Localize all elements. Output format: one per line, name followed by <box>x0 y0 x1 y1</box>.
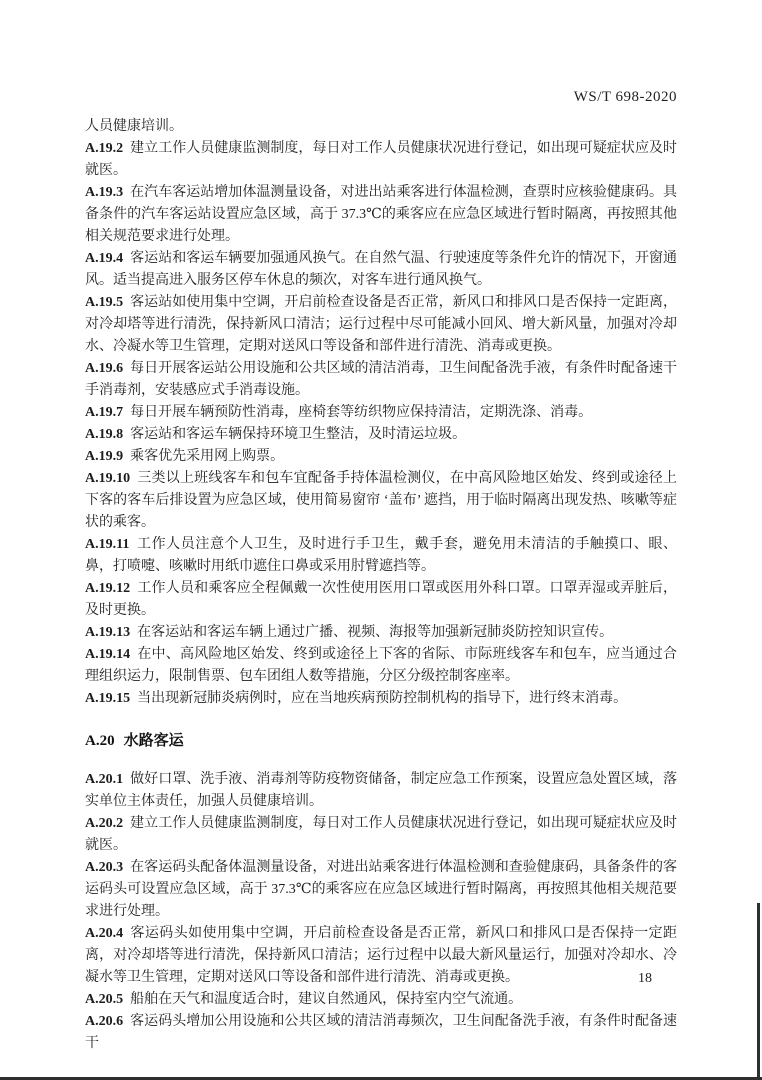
clause-number: A.19.12 <box>85 581 130 596</box>
paragraph: A.19.4客运站和客运车辆要加强通风换气。在自然气温、行驶速度等条件允许的情况… <box>85 248 677 292</box>
section-number: A.20 <box>85 733 115 749</box>
clause-text: 做好口罩、洗手液、消毒剂等防疫物资储备，制定应急工作预案，设置应急处置区域，落实… <box>85 772 677 809</box>
clause-number: A.20.2 <box>85 816 123 831</box>
paragraph: A.19.2建立工作人员健康监测制度，每日对工作人员健康状况进行登记，如出现可疑… <box>85 138 677 182</box>
clause-number: A.19.2 <box>85 141 123 156</box>
paragraph: A.19.10三类以上班线客车和包车宜配备手持体温检测仪，在中高风险地区始发、终… <box>85 468 677 534</box>
clause-number: A.19.13 <box>85 625 130 640</box>
document-body: 人员健康培训。 A.19.2建立工作人员健康监测制度，每日对工作人员健康状况进行… <box>85 116 677 1055</box>
paragraph: A.20.6客运码头增加公用设施和公共区域的清洁消毒频次，卫生间配备洗手液，有条… <box>85 1011 677 1055</box>
clause-number: A.20.1 <box>85 772 123 787</box>
clause-text: 客运码头增加公用设施和公共区域的清洁消毒频次，卫生间配备洗手液，有条件时配备速干 <box>85 1014 677 1051</box>
clause-text: 当出现新冠肺炎病例时，应在当地疾病预防控制机构的指导下，进行终末消毒。 <box>137 691 627 706</box>
clause-number: A.19.6 <box>85 361 123 376</box>
clause-number: A.19.9 <box>85 449 123 464</box>
section-heading: A.20水路客运 <box>85 730 677 752</box>
paragraph: A.19.11工作人员注意个人卫生，及时进行手卫生，戴手套，避免用未清洁的手触摸… <box>85 534 677 578</box>
clause-number: A.20.5 <box>85 992 123 1007</box>
paragraph: A.19.6每日开展客运站公用设施和公共区域的清洁消毒，卫生间配备洗手液，有条件… <box>85 358 677 402</box>
paragraph: A.20.5船舶在天气和温度适合时，建议自然通风，保持室内空气流通。 <box>85 989 677 1011</box>
clause-text: 每日开展客运站公用设施和公共区域的清洁消毒，卫生间配备洗手液，有条件时配备速干手… <box>85 361 677 398</box>
clause-text: 三类以上班线客车和包车宜配备手持体温检测仪，在中高风险地区始发、终到或途径上下客… <box>85 471 677 530</box>
clause-number: A.19.15 <box>85 691 130 706</box>
clause-text: 客运站和客运车辆要加强通风换气。在自然气温、行驶速度等条件允许的情况下，开窗通风… <box>85 251 677 288</box>
paragraph: A.19.8客运站和客运车辆保持环境卫生整洁，及时清运垃圾。 <box>85 424 677 446</box>
clause-number: A.19.7 <box>85 405 123 420</box>
clause-number: A.19.8 <box>85 427 123 442</box>
paragraph: A.19.15当出现新冠肺炎病例时，应在当地疾病预防控制机构的指导下，进行终末消… <box>85 688 677 710</box>
paragraph: A.19.7每日开展车辆预防性消毒，座椅套等纺织物应保持清洁，定期洗涤、消毒。 <box>85 402 677 424</box>
clause-text: 人员健康培训。 <box>85 119 183 134</box>
clause-text: 在客运站和客运车辆上通过广播、视频、海报等加强新冠肺炎防控知识宣传。 <box>137 625 613 640</box>
paragraph: A.19.13在客运站和客运车辆上通过广播、视频、海报等加强新冠肺炎防控知识宣传… <box>85 622 677 644</box>
clause-text: 船舶在天气和温度适合时，建议自然通风，保持室内空气流通。 <box>130 992 522 1007</box>
paragraph: A.19.3在汽车客运站增加体温测量设备，对进出站乘客进行体温检测，查票时应核验… <box>85 182 677 248</box>
scan-page-edge-right <box>757 903 760 1080</box>
clause-text: 在客运码头配备体温测量设备，对进出站乘客进行体温检测和查验健康码，具备条件的客运… <box>85 860 677 919</box>
clause-number: A.19.10 <box>85 471 130 486</box>
clause-number: A.20.6 <box>85 1014 123 1029</box>
paragraph: A.19.12工作人员和乘客应全程佩戴一次性使用医用口罩或医用外科口罩。口罩弄湿… <box>85 578 677 622</box>
page-number: 18 <box>85 971 652 987</box>
clause-number: A.19.3 <box>85 185 123 200</box>
clause-text: 客运站如使用集中空调，开启前检查设备是否正常，新风口和排风口是否保持一定距离，对… <box>85 295 677 354</box>
paragraph: A.20.2建立工作人员健康监测制度，每日对工作人员健康状况进行登记，如出现可疑… <box>85 813 677 857</box>
paragraph: A.19.14在中、高风险地区始发、终到或途径上下客的省际、市际班线客车和包车，… <box>85 644 677 688</box>
clause-text: 工作人员注意个人卫生，及时进行手卫生，戴手套，避免用未清洁的手触摸口、眼、鼻，打… <box>85 537 677 574</box>
clause-number: A.20.3 <box>85 860 123 875</box>
clause-number: A.19.5 <box>85 295 123 310</box>
clause-text: 在中、高风险地区始发、终到或途径上下客的省际、市际班线客车和包车，应当通过合理组… <box>85 647 677 684</box>
clause-text: 每日开展车辆预防性消毒，座椅套等纺织物应保持清洁，定期洗涤、消毒。 <box>130 405 592 420</box>
clause-text: 工作人员和乘客应全程佩戴一次性使用医用口罩或医用外科口罩。口罩弄湿或弄脏后，及时… <box>85 581 677 618</box>
clause-text: 建立工作人员健康监测制度，每日对工作人员健康状况进行登记，如出现可疑症状应及时就… <box>85 816 677 853</box>
paragraph-continuation: 人员健康培训。 <box>85 116 677 138</box>
paragraph: A.19.9乘客优先采用网上购票。 <box>85 446 677 468</box>
paragraph: A.20.3在客运码头配备体温测量设备，对进出站乘客进行体温检测和查验健康码，具… <box>85 857 677 923</box>
document-page: WS/T 698-2020 人员健康培训。 A.19.2建立工作人员健康监测制度… <box>0 0 762 1080</box>
clause-number: A.19.14 <box>85 647 130 662</box>
clause-number: A.20.4 <box>85 926 123 941</box>
section-title: 水路客运 <box>124 732 184 749</box>
clause-text: 客运站和客运车辆保持环境卫生整洁，及时清运垃圾。 <box>130 427 466 442</box>
clause-number: A.19.11 <box>85 537 129 552</box>
standard-code-header: WS/T 698-2020 <box>85 89 677 106</box>
clause-number: A.19.4 <box>85 251 123 266</box>
clause-text: 在汽车客运站增加体温测量设备，对进出站乘客进行体温检测，查票时应核验健康码。具备… <box>85 185 677 244</box>
clause-text: 乘客优先采用网上购票。 <box>130 449 284 464</box>
paragraph: A.20.1做好口罩、洗手液、消毒剂等防疫物资储备，制定应急工作预案，设置应急处… <box>85 769 677 813</box>
clause-text: 建立工作人员健康监测制度，每日对工作人员健康状况进行登记，如出现可疑症状应及时就… <box>85 141 677 178</box>
paragraph: A.19.5客运站如使用集中空调，开启前检查设备是否正常，新风口和排风口是否保持… <box>85 292 677 358</box>
